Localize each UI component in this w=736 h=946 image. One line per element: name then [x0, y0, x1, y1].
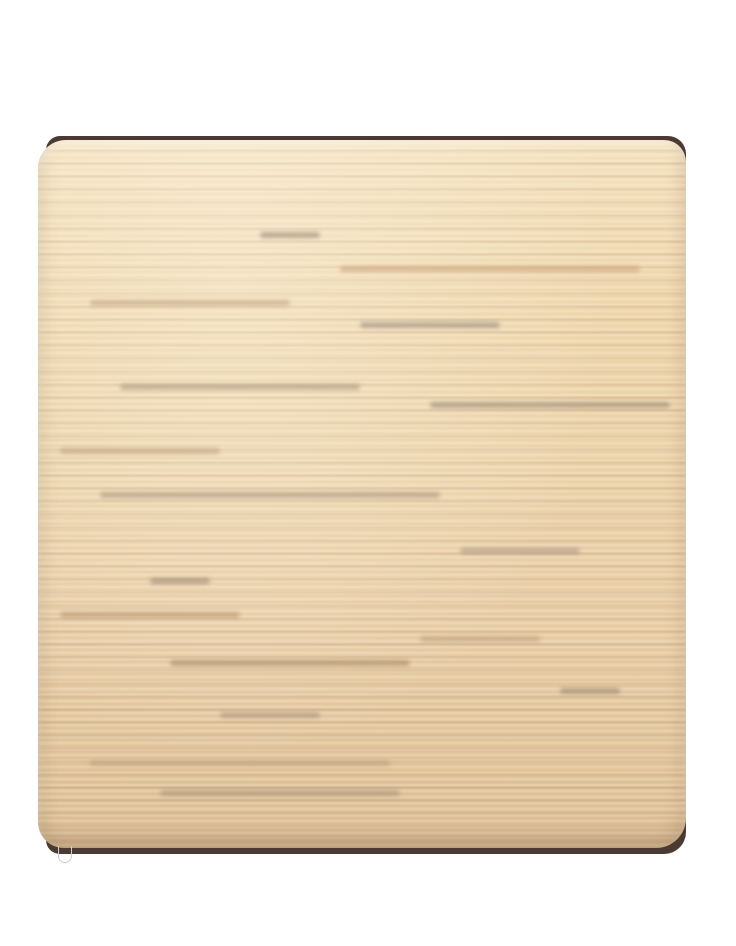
pile-streak	[420, 636, 540, 642]
pile-streak	[460, 548, 580, 554]
pile-streak	[60, 448, 220, 454]
pile-streak	[220, 712, 320, 718]
pile-streak	[60, 612, 240, 618]
pile-streak	[150, 578, 210, 584]
pile-streak	[430, 402, 670, 408]
pile-streak	[360, 322, 500, 328]
pile-streak	[90, 300, 290, 306]
pile-streak	[170, 660, 410, 666]
pile-streak	[100, 492, 440, 498]
pile-streak	[560, 688, 620, 694]
pile-streak	[340, 266, 640, 272]
pile-streak	[90, 760, 390, 766]
pile-streak	[120, 384, 360, 390]
pile-streak	[260, 232, 320, 238]
pile-streak	[160, 790, 400, 796]
loose-thread	[58, 846, 72, 863]
